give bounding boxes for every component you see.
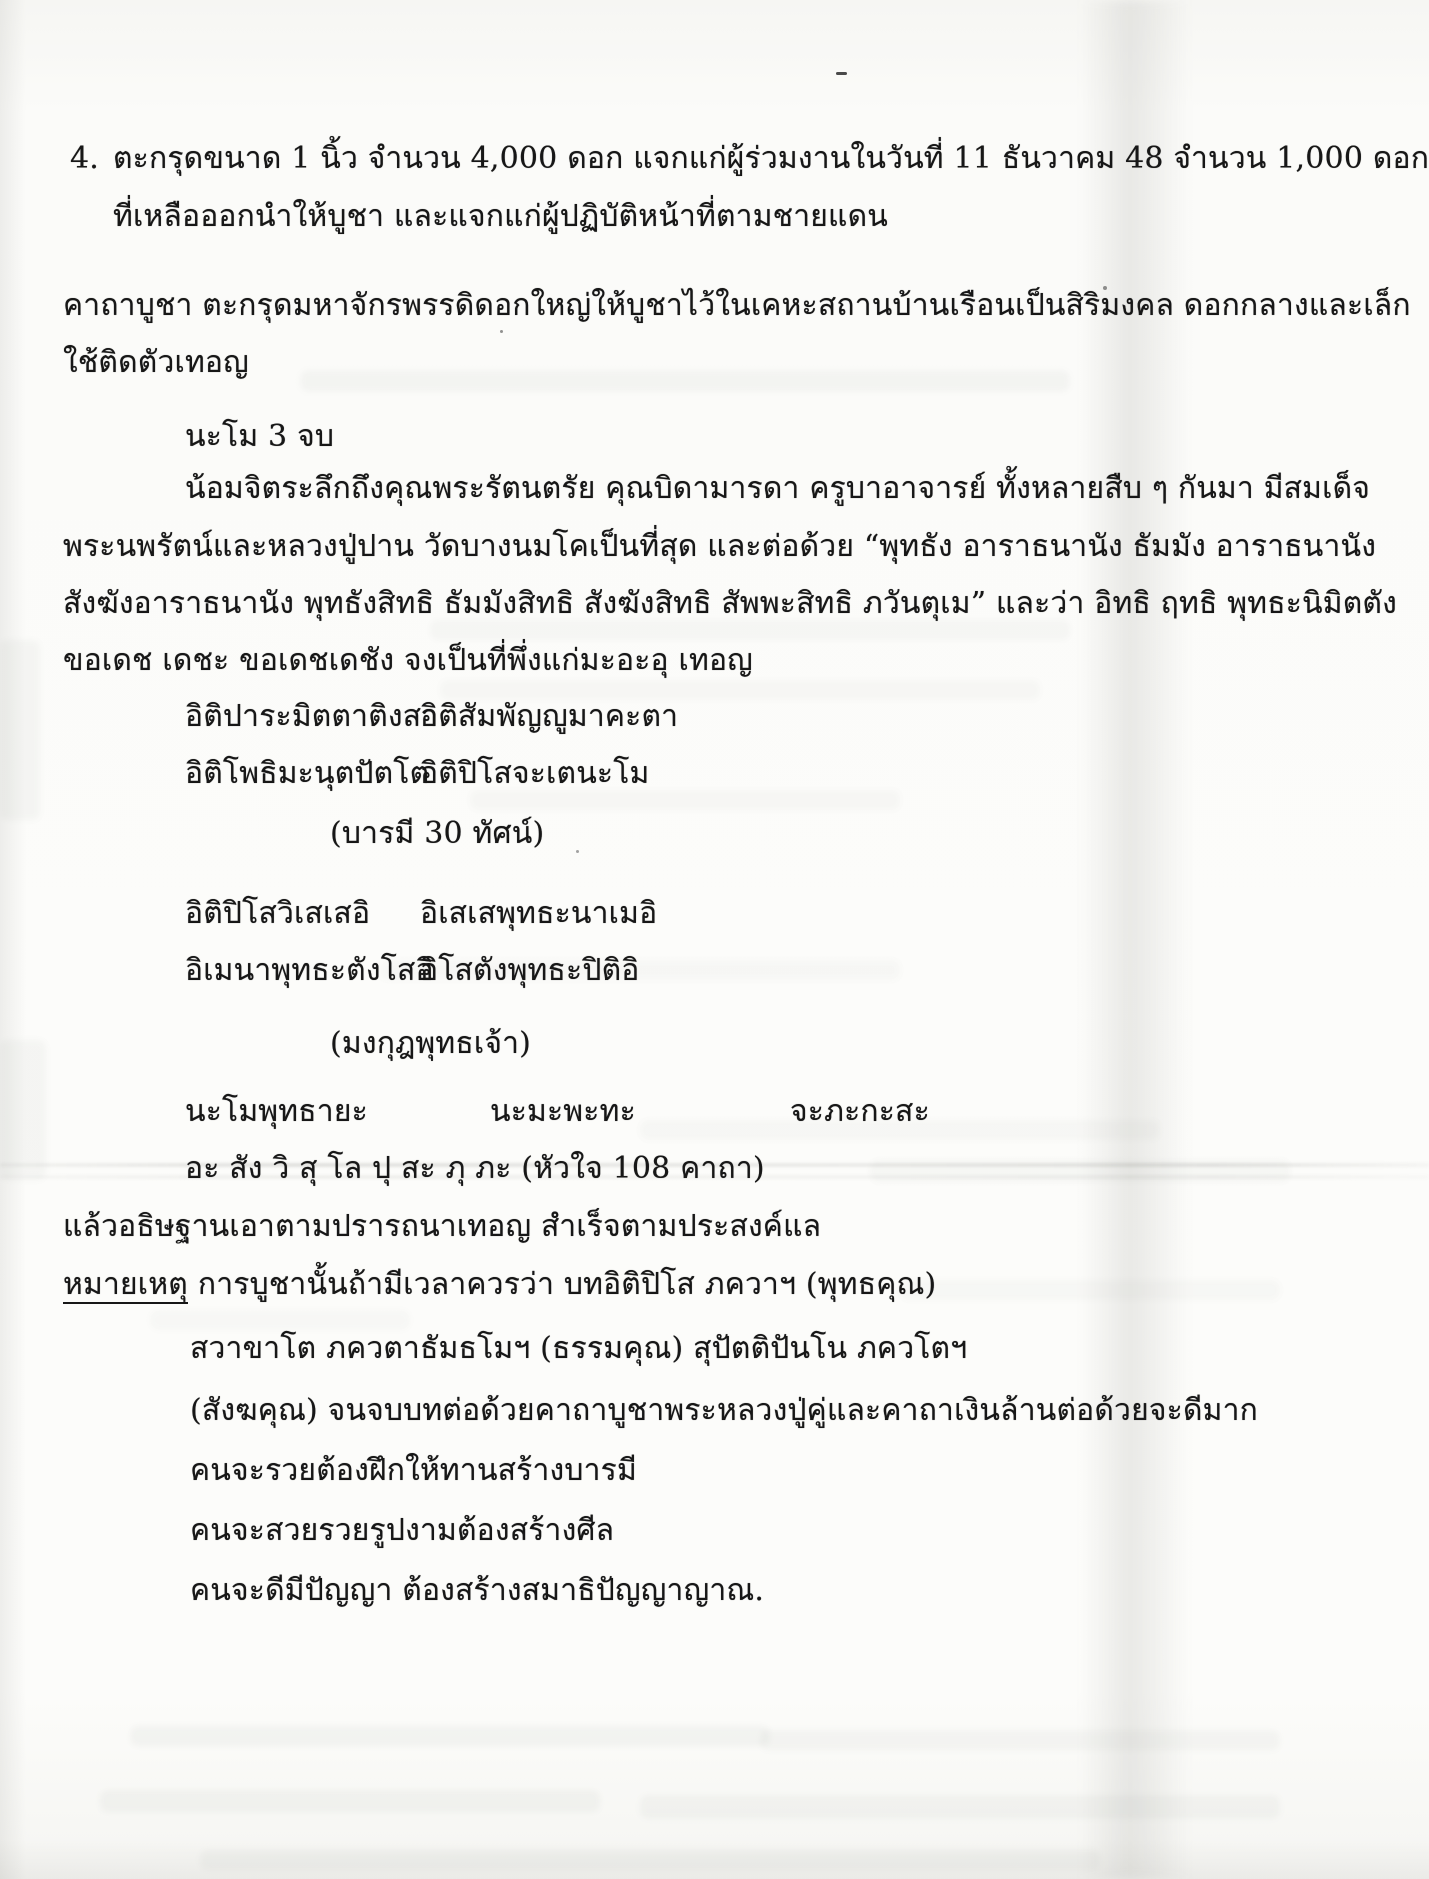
bleed-through-smudge <box>300 370 1070 392</box>
verse-row1-col1: อิติปาระมิตตาติงสา <box>185 698 438 736</box>
katha-bucha-line2: ใช้ติดตัวเทอญ <box>63 344 249 382</box>
ink-speck <box>500 330 503 333</box>
note-line5: คนจะสวยรวยรูปงามต้องสร้างศีล <box>190 1512 614 1550</box>
mantra-col1: นะโมพุทธายะ <box>185 1093 368 1131</box>
verse-row3-col1: อิติปิโสวิเสเสอิ <box>185 895 370 933</box>
note-label: หมายเหตุ <box>63 1267 188 1304</box>
bleed-through-smudge <box>640 1795 1280 1819</box>
note-line1: หมายเหตุการบูชานั้นถ้ามีเวลาควรว่า บทอิต… <box>63 1266 936 1304</box>
bleed-through-smudge <box>0 1040 46 1180</box>
invocation-line1: น้อมจิตระลึกถึงคุณพระรัตนตรัย คุณบิดามาร… <box>185 470 1370 508</box>
mantra-col2: นะมะพะทะ <box>490 1093 636 1131</box>
scan-edge-shade-bottom <box>0 1840 1429 1879</box>
verse-row3-col2: อิเสเสพุทธะนาเมอิ <box>420 895 657 933</box>
note-line2: สวาขาโต ภควตาธัมธโมฯ (ธรรมคุณ) สุปัตติปั… <box>190 1330 967 1368</box>
bleed-through-smudge <box>470 790 900 810</box>
scanned-document-page: 4. ตะกรุดขนาด 1 นิ้ว จำนวน 4,000 ดอก แจก… <box>0 0 1429 1879</box>
katha-bucha-line1: คาถาบูชา ตะกรุดมหาจักรพรรดิดอกใหญ่ให้บูช… <box>63 287 1411 325</box>
bleed-through-smudge <box>200 1850 1100 1870</box>
bleed-through-smudge <box>440 680 1040 700</box>
invocation-line3: สังฆังอาราธนานัง พุทธังสิทธิ ธัมมังสิทธิ… <box>63 585 1397 623</box>
ink-speck <box>836 72 847 75</box>
note-line1-text: การบูชานั้นถ้ามีเวลาควรว่า บทอิติปิโส ภค… <box>198 1267 937 1302</box>
item4-line2: ที่เหลือออกนำให้บูชา และแจกแก่ผู้ปฏิบัติ… <box>113 198 888 236</box>
mantra-col3: จะภะกะสะ <box>790 1093 930 1131</box>
verse-row2-col2: อิติปิโสจะเตนะโม <box>420 755 650 793</box>
bleed-through-smudge <box>100 1790 600 1812</box>
note-line6: คนจะดีมีปัญญา ต้องสร้างสมาธิปัญญาญาณ. <box>190 1572 764 1610</box>
scan-shadow-band <box>1080 0 1190 1879</box>
verse-row4-col1: อิเมนาพุทธะตังโสอิ <box>185 952 434 990</box>
verse-row2-col1: อิติโพธิมะนุตปัตโต <box>185 755 429 793</box>
verse-row4-col2: อิโสตังพุทธะปิติอิ <box>420 952 640 990</box>
mantra-line2: อะ สัง วิ สุ โล ปุ สะ ภุ ภะ (หัวใจ 108 ค… <box>185 1150 765 1188</box>
ink-speck <box>576 850 579 853</box>
bleed-through-smudge <box>900 1280 1280 1300</box>
verse-caption1: (บารมี 30 ทัศน์) <box>330 815 544 853</box>
bleed-through-smudge <box>0 640 40 820</box>
item4-line1: ตะกรุดขนาด 1 นิ้ว จำนวน 4,000 ดอก แจกแก่… <box>113 140 1429 178</box>
bleed-through-smudge <box>130 1726 770 1746</box>
closing-line: แล้วอธิษฐานเอาตามปรารถนาเทอญ สำเร็จตามปร… <box>63 1208 821 1246</box>
namo-header: นะโม 3 จบ <box>185 418 334 456</box>
verse-caption2: (มงกุฎพุทธเจ้า) <box>330 1025 531 1063</box>
verse-row1-col2: อิติสัมพัญญูมาคะตา <box>420 698 678 736</box>
item4-number: 4. <box>70 140 99 178</box>
invocation-line4: ขอเดช เดชะ ขอเดชเดชัง จงเป็นที่พึ่งแก่มะ… <box>63 642 753 680</box>
bleed-through-smudge <box>430 620 1070 640</box>
bleed-through-smudge <box>760 1730 1280 1750</box>
bleed-through-smudge <box>870 1160 1290 1182</box>
note-line4: คนจะรวยต้องฝึกให้ทานสร้างบารมี <box>190 1452 637 1490</box>
invocation-line2: พระนพรัตน์และหลวงปู่ปาน วัดบางนมโคเป็นที… <box>63 528 1376 566</box>
scan-edge-shade-left <box>0 0 26 1879</box>
bleed-through-smudge <box>150 1310 410 1330</box>
note-line3: (สังฆคุณ) จนจบบทต่อด้วยคาถาบูชาพระหลวงปู… <box>190 1392 1258 1430</box>
